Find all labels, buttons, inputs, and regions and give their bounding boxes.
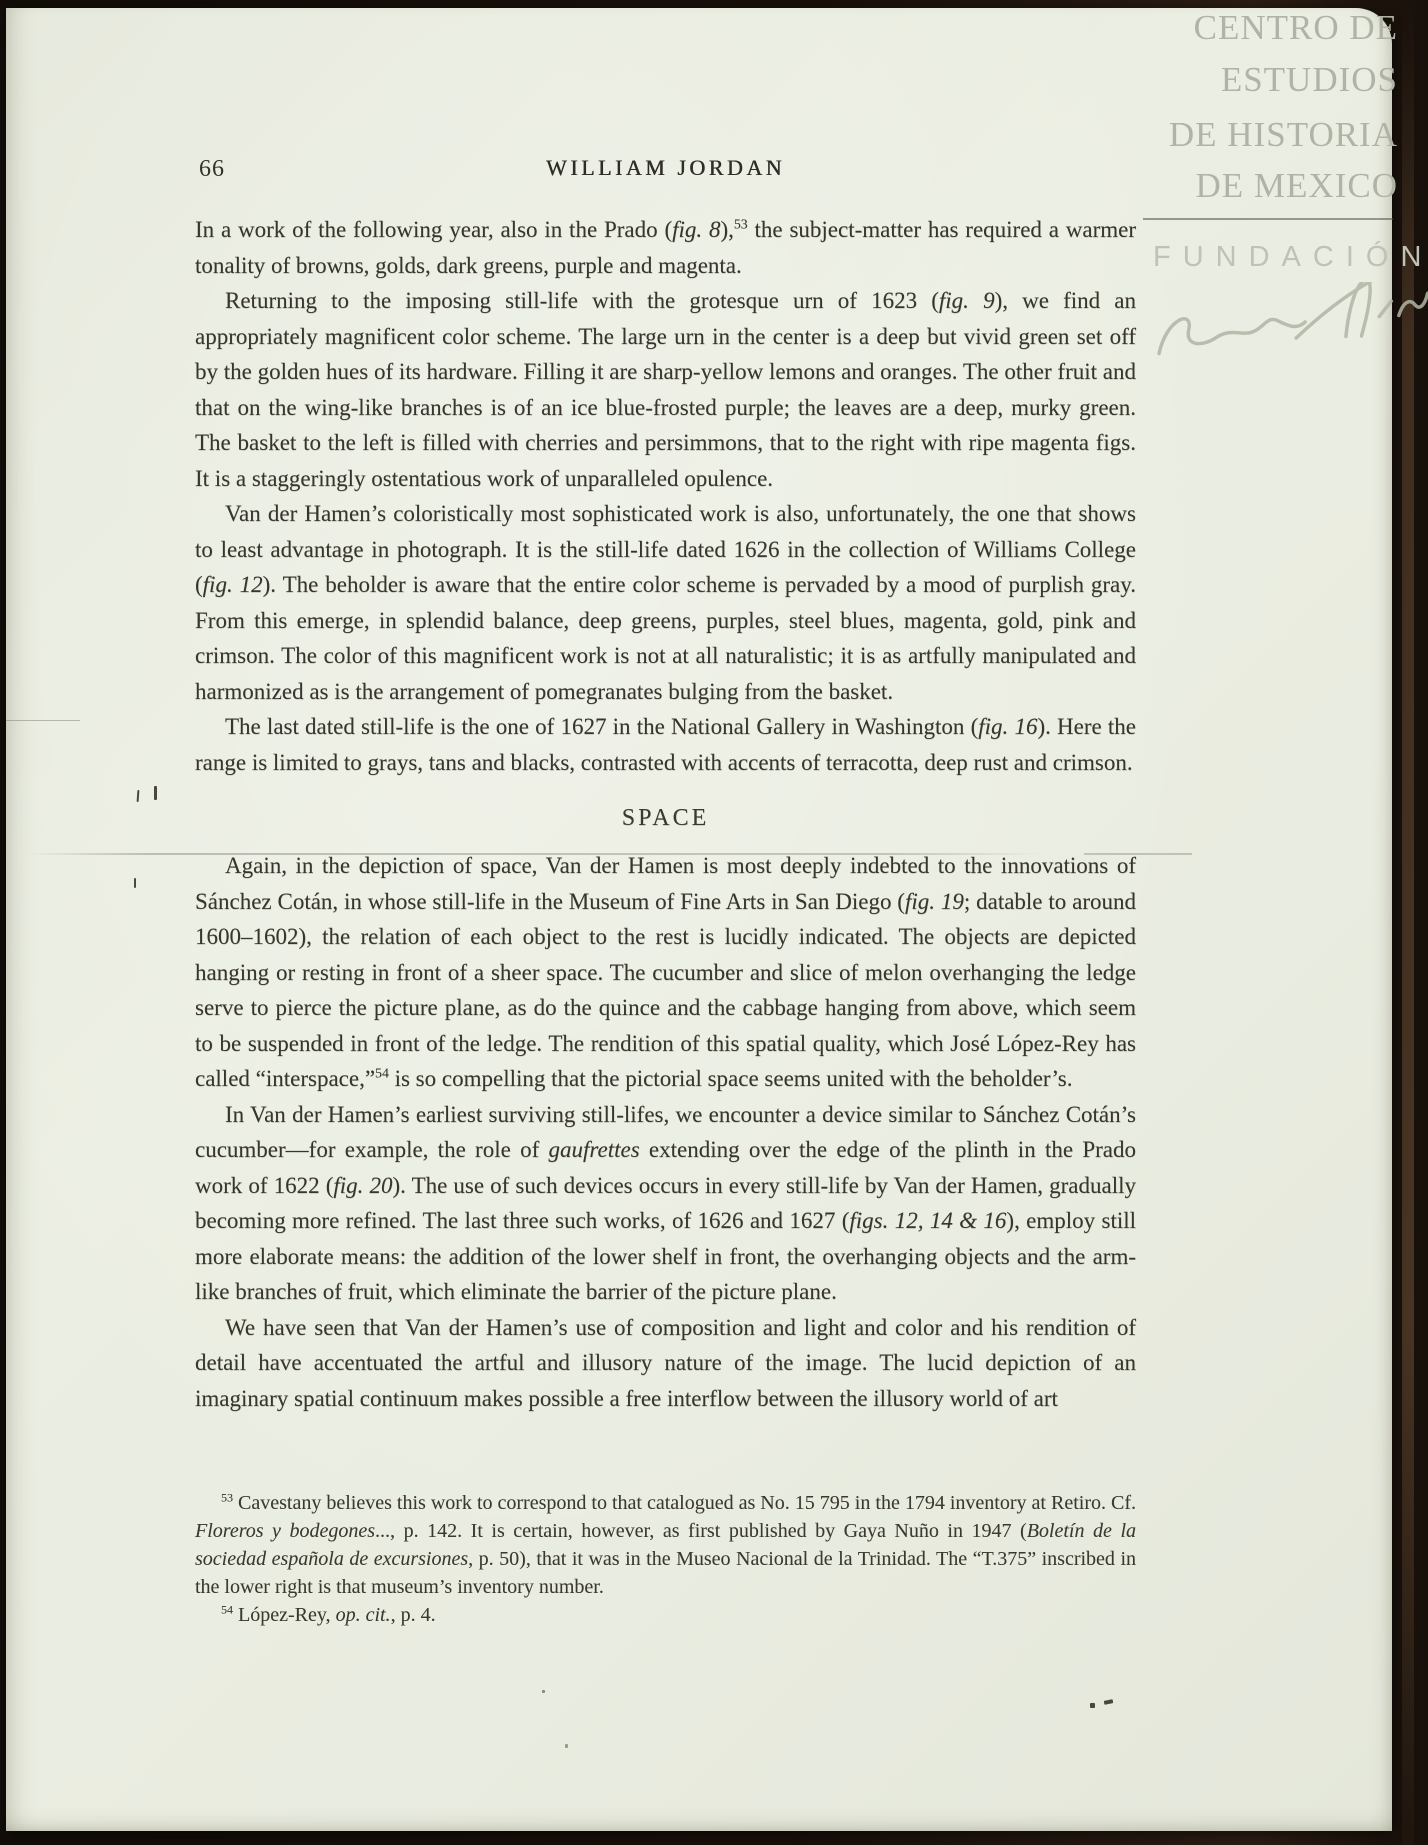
space-section-paragraphs: Again, in the depiction of space, Van de…	[195, 848, 1136, 1416]
body-paragraph: In Van der Hamen’s earliest surviving st…	[195, 1097, 1136, 1310]
scan-speck	[565, 1744, 568, 1748]
body-paragraph: The last dated still-life is the one of …	[195, 709, 1136, 780]
footnotes: 53 Cavestany believes this work to corre…	[195, 1489, 1136, 1629]
section-heading: SPACE	[195, 801, 1136, 835]
body-paragraph: Van der Hamen’s coloristically most soph…	[195, 496, 1136, 709]
opening-paragraphs: In a work of the following year, also in…	[195, 212, 1136, 780]
scan-speck	[137, 790, 140, 802]
book-spine-shadow	[1402, 0, 1414, 1845]
scan-speck	[134, 878, 136, 888]
running-head: WILLIAM JORDAN	[195, 155, 1136, 181]
body-paragraph: Returning to the imposing still-life wit…	[195, 283, 1136, 496]
scan-speck	[542, 1690, 545, 1693]
page-number: 66	[199, 156, 225, 183]
scan-speck	[1104, 1699, 1114, 1705]
body-paragraph: Again, in the depiction of space, Van de…	[195, 848, 1136, 1097]
page-header: 66 WILLIAM JORDAN	[195, 155, 1136, 185]
footnote: 54 López-Rey, op. cit., p. 4.	[195, 1601, 1136, 1629]
scan-speck	[1090, 1703, 1095, 1708]
body-text: In a work of the following year, also in…	[195, 212, 1136, 1416]
body-paragraph: We have seen that Van der Hamen’s use of…	[195, 1310, 1136, 1417]
scan-artifact-line	[6, 720, 80, 721]
footnote: 53 Cavestany believes this work to corre…	[195, 1489, 1136, 1601]
scanned-page: 66 WILLIAM JORDAN In a work of the follo…	[6, 8, 1392, 1831]
scan-speck	[154, 786, 157, 800]
scan-background: 66 WILLIAM JORDAN In a work of the follo…	[0, 0, 1428, 1845]
body-paragraph: In a work of the following year, also in…	[195, 212, 1136, 283]
